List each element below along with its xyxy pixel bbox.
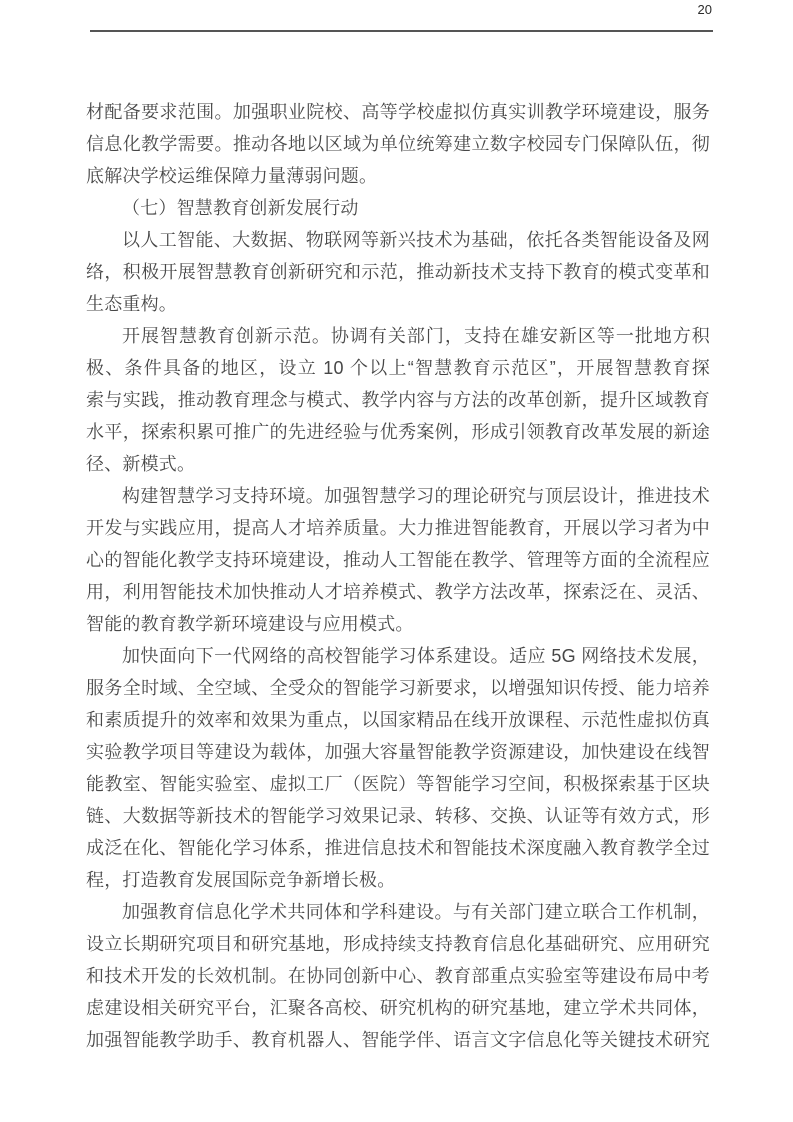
text-line: 成泛在化、智能化学习体系，推进信息技术和智能技术深度融入教育教学全过 <box>86 832 710 864</box>
text-line: 水平，探索积累可推广的先进经验与优秀案例，形成引领教育改革发展的新途 <box>86 416 710 448</box>
text-line: （七）智慧教育创新发展行动 <box>86 192 710 224</box>
text-line: 实验教学项目等建设为载体，加强大容量智能教学资源建设，加快建设在线智 <box>86 736 710 768</box>
header-rule <box>90 30 713 32</box>
page-number: 20 <box>0 3 793 16</box>
paragraph: 加强教育信息化学术共同体和学科建设。与有关部门建立联合工作机制，设立长期研究项目… <box>86 896 710 1056</box>
text-line: 生态重构。 <box>86 288 710 320</box>
text-line: 用，利用智能技术加快推动人才培养模式、教学方法改革，探索泛在、灵活、 <box>86 576 710 608</box>
document-body: 材配备要求范围。加强职业院校、高等学校虚拟仿真实训教学环境建设，服务信息化教学需… <box>0 96 793 1056</box>
text-line: 心的智能化教学支持环境建设，推动人工智能在教学、管理等方面的全流程应 <box>86 544 710 576</box>
text-line: 和素质提升的效率和效果为重点，以国家精品在线开放课程、示范性虚拟仿真 <box>86 704 710 736</box>
text-line: 程，打造教育发展国际竞争新增长极。 <box>86 864 710 896</box>
paragraph: 以人工智能、大数据、物联网等新兴技术为基础，依托各类智能设备及网络，积极开展智慧… <box>86 224 710 320</box>
text-line: 加快面向下一代网络的高校智能学习体系建设。适应 5G 网络技术发展， <box>86 640 710 672</box>
text-line: 开展智慧教育创新示范。协调有关部门，支持在雄安新区等一批地方积 <box>86 320 710 352</box>
text-line: 络，积极开展智慧教育创新研究和示范，推动新技术支持下教育的模式变革和 <box>86 256 710 288</box>
section-heading: （七）智慧教育创新发展行动 <box>86 192 710 224</box>
text-line: 径、新模式。 <box>86 448 710 480</box>
text-line: 极、条件具备的地区，设立 10 个以上“智慧教育示范区”，开展智慧教育探 <box>86 352 710 384</box>
paragraph: 加快面向下一代网络的高校智能学习体系建设。适应 5G 网络技术发展，服务全时域、… <box>86 640 710 896</box>
text-line: 和技术开发的长效机制。在协同创新中心、教育部重点实验室等建设布局中考 <box>86 960 710 992</box>
text-line: 开发与实践应用，提高人才培养质量。大力推进智能教育，开展以学习者为中 <box>86 512 710 544</box>
paragraph: 构建智慧学习支持环境。加强智慧学习的理论研究与顶层设计，推进技术开发与实践应用，… <box>86 480 710 640</box>
text-line: 设立长期研究项目和研究基地，形成持续支持教育信息化基础研究、应用研究 <box>86 928 710 960</box>
paragraph: 开展智慧教育创新示范。协调有关部门，支持在雄安新区等一批地方积极、条件具备的地区… <box>86 320 710 480</box>
text-line: 链、大数据等新技术的智能学习效果记录、转移、交换、认证等有效方式，形 <box>86 800 710 832</box>
text-line: 加强教育信息化学术共同体和学科建设。与有关部门建立联合工作机制， <box>86 896 710 928</box>
text-line: 信息化教学需要。推动各地以区域为单位统筹建立数字校园专门保障队伍，彻 <box>86 128 710 160</box>
text-line: 智能的教育教学新环境建设与应用模式。 <box>86 608 710 640</box>
text-line: 服务全时域、全空域、全受众的智能学习新要求，以增强知识传授、能力培养 <box>86 672 710 704</box>
text-line: 虑建设相关研究平台，汇聚各高校、研究机构的研究基地，建立学术共同体， <box>86 992 710 1024</box>
text-line: 加强智能教学助手、教育机器人、智能学伴、语言文字信息化等关键技术研究 <box>86 1024 710 1056</box>
text-line: 材配备要求范围。加强职业院校、高等学校虚拟仿真实训教学环境建设，服务 <box>86 96 710 128</box>
document-page: 20 材配备要求范围。加强职业院校、高等学校虚拟仿真实训教学环境建设，服务信息化… <box>0 0 793 1122</box>
text-line: 底解决学校运维保障力量薄弱问题。 <box>86 160 710 192</box>
text-line: 构建智慧学习支持环境。加强智慧学习的理论研究与顶层设计，推进技术 <box>86 480 710 512</box>
text-line: 能教室、智能实验室、虚拟工厂（医院）等智能学习空间，积极探索基于区块 <box>86 768 710 800</box>
paragraph-continued: 材配备要求范围。加强职业院校、高等学校虚拟仿真实训教学环境建设，服务信息化教学需… <box>86 96 710 192</box>
text-line: 以人工智能、大数据、物联网等新兴技术为基础，依托各类智能设备及网 <box>86 224 710 256</box>
text-line: 索与实践，推动教育理念与模式、教学内容与方法的改革创新，提升区域教育 <box>86 384 710 416</box>
page-header: 20 <box>0 0 793 32</box>
